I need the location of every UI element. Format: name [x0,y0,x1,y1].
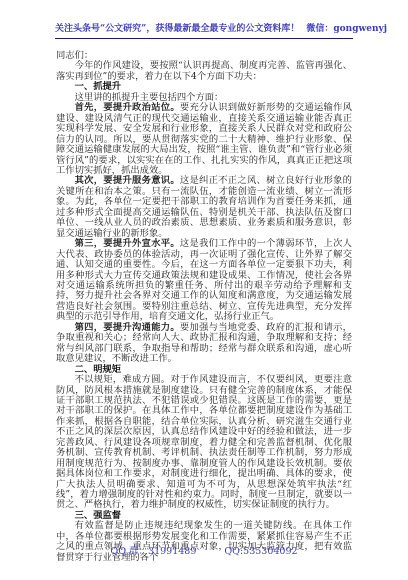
paragraph: 第四，要提升沟通能力。要加强与当地党委、政府的汇报和请示，争取重视和关心；经常向… [56,323,352,365]
paragraph-text: 这是纠正不正之风、树立良好行业形象的关键所在和治本之策。只有一流队伍，才能创造一… [56,175,352,238]
qq-number: 535304092 [243,546,297,557]
paragraph: 首先，要提升政治站位。要充分认识到做好新形势的交通运输作风建设、建设风清气正的现… [56,103,352,176]
paragraph-lead: 首先，要提升政治站位。 [75,102,180,113]
paragraph: 其次，要提升服务意识。这是纠正不正之风、树立良好行业形象的关键所在和治本之策。只… [56,176,352,239]
contact-footer: QQ 群：31991489QQ:535304092 [0,546,408,558]
promo-header: 关注头条号“公文研究”，获得最新最全最专业的公文资料库！微信：gongwenyj [55,23,353,39]
paragraph: 不以规矩，难成方圆。对于作风建设而言，不仅要纠风，更要注意防风，防风根本措施就是… [56,375,352,511]
paragraph-text: 要充分认识到做好新形势的交通运输作风建设、建设风清气正的现代交通运输业，直接关系… [56,102,352,176]
paragraph: 第三，要提升外宣水平。这是我们工作中的一个薄弱环节，上次人大代表、政协委员的体验… [56,239,352,323]
document-body: 同志们： 今年的作风建设，要按照“认识再提高、制度再完善、监管再强化、落实再到位… [56,51,352,563]
wechat-contact: 微信：gongwenyj [306,24,387,34]
paragraph-lead: 第三，要提升外宣水平。 [75,238,180,249]
paragraph-lead: 其次，要提升服务意识。 [75,175,180,186]
qq-group-number: 31991489 [148,546,196,557]
qq-label: QQ: [224,546,243,557]
qq-group-label: QQ 群： [110,546,148,557]
promo-text: 关注头条号“公文研究”，获得最新最全最专业的公文资料库！ [55,24,299,34]
intro-paragraph: 今年的作风建设，要按照“认识再提高、制度再完善、监管再强化、落实再到位”的要求，… [56,61,352,82]
paragraph-text: 不以规矩，难成方圆。对于作风建设而言，不仅要纠风，更要注意防风，防风根本措施就是… [56,374,352,510]
paragraph-text: 这是我们工作中的一个薄弱环节，上次人大代表、政协委员的体验活动，再一次证明了强化… [56,238,352,322]
document-page: 关注头条号“公文研究”，获得最新最全最专业的公文资料库！微信：gongwenyj… [0,0,408,580]
